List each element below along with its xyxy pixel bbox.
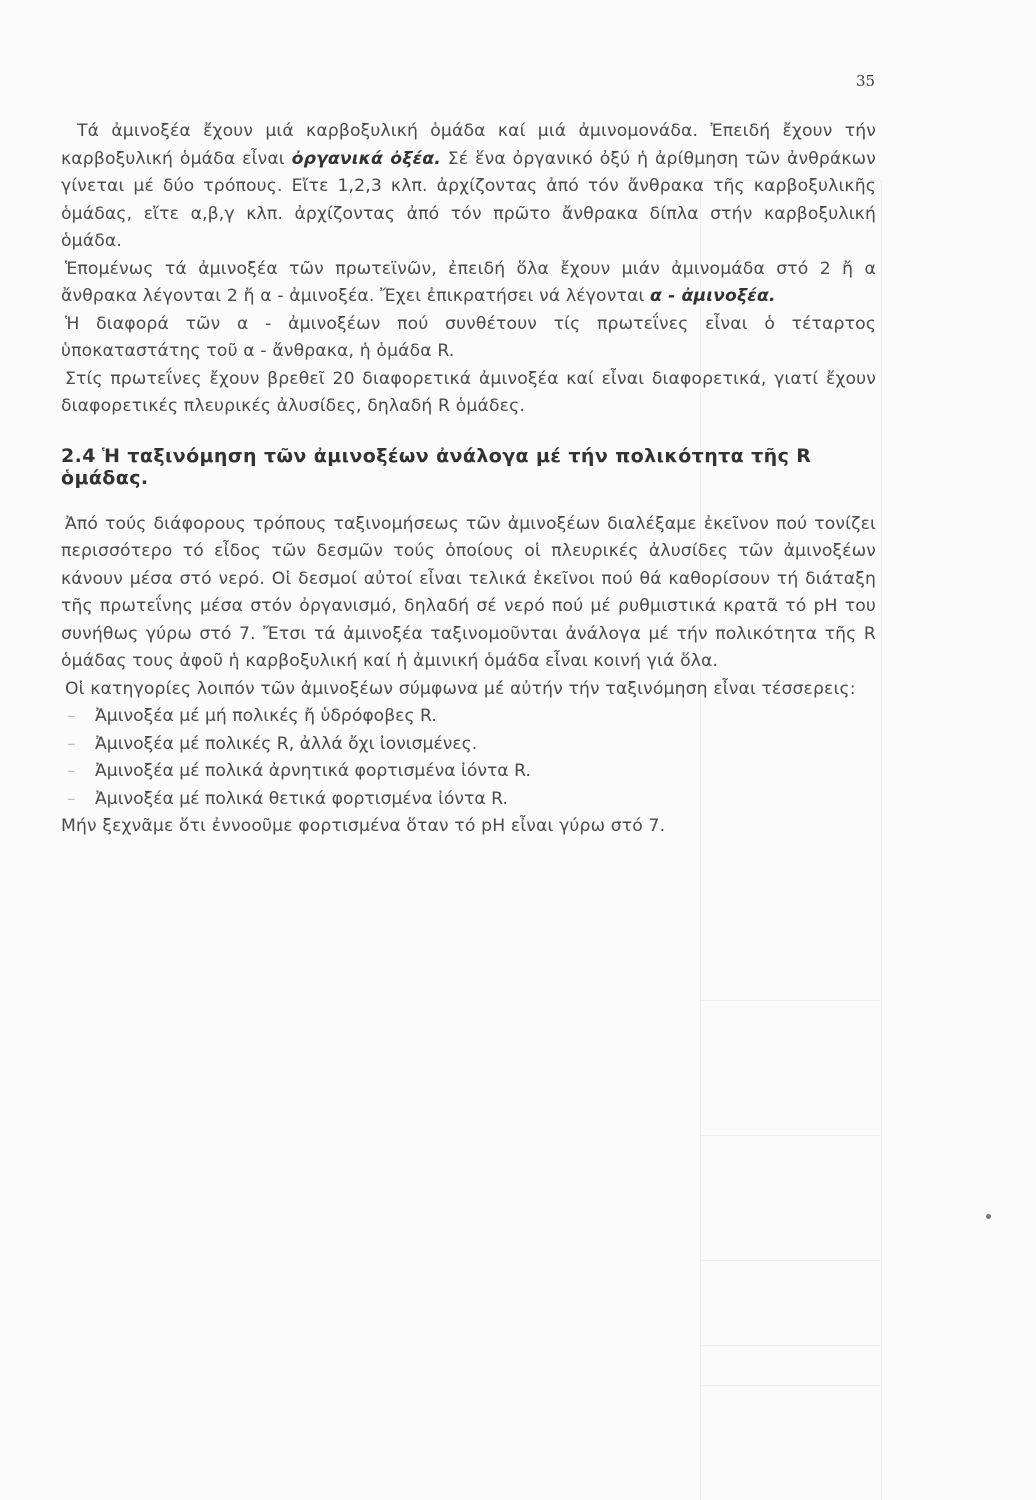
page-number: 35 [856,72,875,90]
list-item: –Ἀμινοξέα μέ πολικά ἀρνητικά φορτισμένα … [67,758,876,786]
bleed-through-rule [700,1345,880,1346]
closing-note: Μήν ξεχνᾶμε ὅτι ἐννοοῦμε φορτισμένα ὅταν… [61,813,876,841]
section-title: Ἡ ταξινόμηση τῶν ἀμινοξέων ἀνάλογα μέ τή… [61,445,811,489]
paragraph-four-categories: Οἱ κατηγορίες λοιπόν τῶν ἀμινοξέων σύμφω… [61,676,876,704]
list-item: –Ἀμινοξέα μέ πολικές R, ἀλλά ὄχι ἰονισμέ… [67,731,876,759]
dash-bullet: – [67,786,95,814]
dash-bullet: – [67,731,95,759]
emphasis-alpha-amino-acids: α - ἀμινοξέα. [650,286,776,306]
bleed-through-rule [700,1260,880,1261]
section-heading: 2.4Ἡ ταξινόμηση τῶν ἀμινοξέων ἀνάλογα μέ… [61,445,876,489]
emphasis-organic-acids: ὀργανικά ὀξέα. [292,149,441,169]
bleed-through-rule [700,1000,880,1001]
list-item-text: Ἀμινοξέα μέ μή πολικές ἤ ὑδρόφοβες R. [95,706,437,726]
list-item-text: Ἀμινοξέα μέ πολικές R, ἀλλά ὄχι ἰονισμέν… [95,734,477,754]
page-body: Τά ἀμινοξέα ἔχουν μιά καρβοξυλική ὁμάδα … [61,118,876,841]
paragraph-amino-acid-definition: Τά ἀμινοξέα ἔχουν μιά καρβοξυλική ὁμάδα … [61,118,876,256]
category-list: –Ἀμινοξέα μέ μή πολικές ἤ ὑδρόφοβες R. –… [61,703,876,813]
dash-bullet: – [67,758,95,786]
dash-bullet: – [67,703,95,731]
list-item: –Ἀμινοξέα μέ πολικά θετικά φορτισμένα ἰό… [67,786,876,814]
list-item-text: Ἀμινοξέα μέ πολικά ἀρνητικά φορτισμένα ἰ… [95,761,531,781]
bleed-through-rule [700,1135,880,1136]
list-item-text: Ἀμινοξέα μέ πολικά θετικά φορτισμένα ἰόν… [95,789,508,809]
list-item: –Ἀμινοξέα μέ μή πολικές ἤ ὑδρόφοβες R. [67,703,876,731]
paragraph-twenty-amino-acids: Στίς πρωτεΐνες ἔχουν βρεθεῖ 20 διαφορετι… [61,366,876,421]
paragraph-classification-method: Ἀπό τούς διάφορους τρόπους ταξινομήσεως … [61,511,876,676]
section-number: 2.4 [61,445,96,467]
paragraph-alpha-amino-acids: Ἑπομένως τά ἀμινοξέα τῶν πρωτεϊνῶν, ἐπει… [61,256,876,311]
bleed-through-rule [700,1385,880,1386]
scan-speck [986,1214,991,1219]
paragraph-r-group: Ἡ διαφορά τῶν α - ἀμινοξέων πού συνθέτου… [61,311,876,366]
